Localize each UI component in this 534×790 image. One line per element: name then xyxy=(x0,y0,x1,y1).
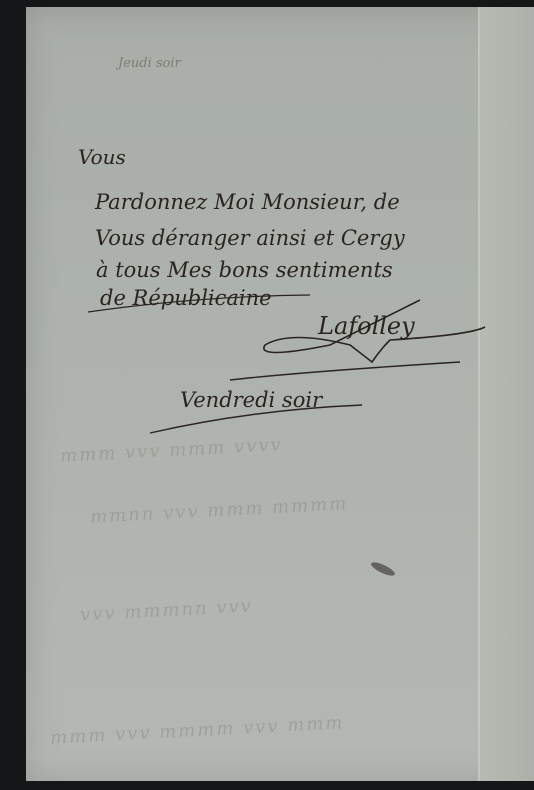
signature-flourish xyxy=(0,0,534,790)
